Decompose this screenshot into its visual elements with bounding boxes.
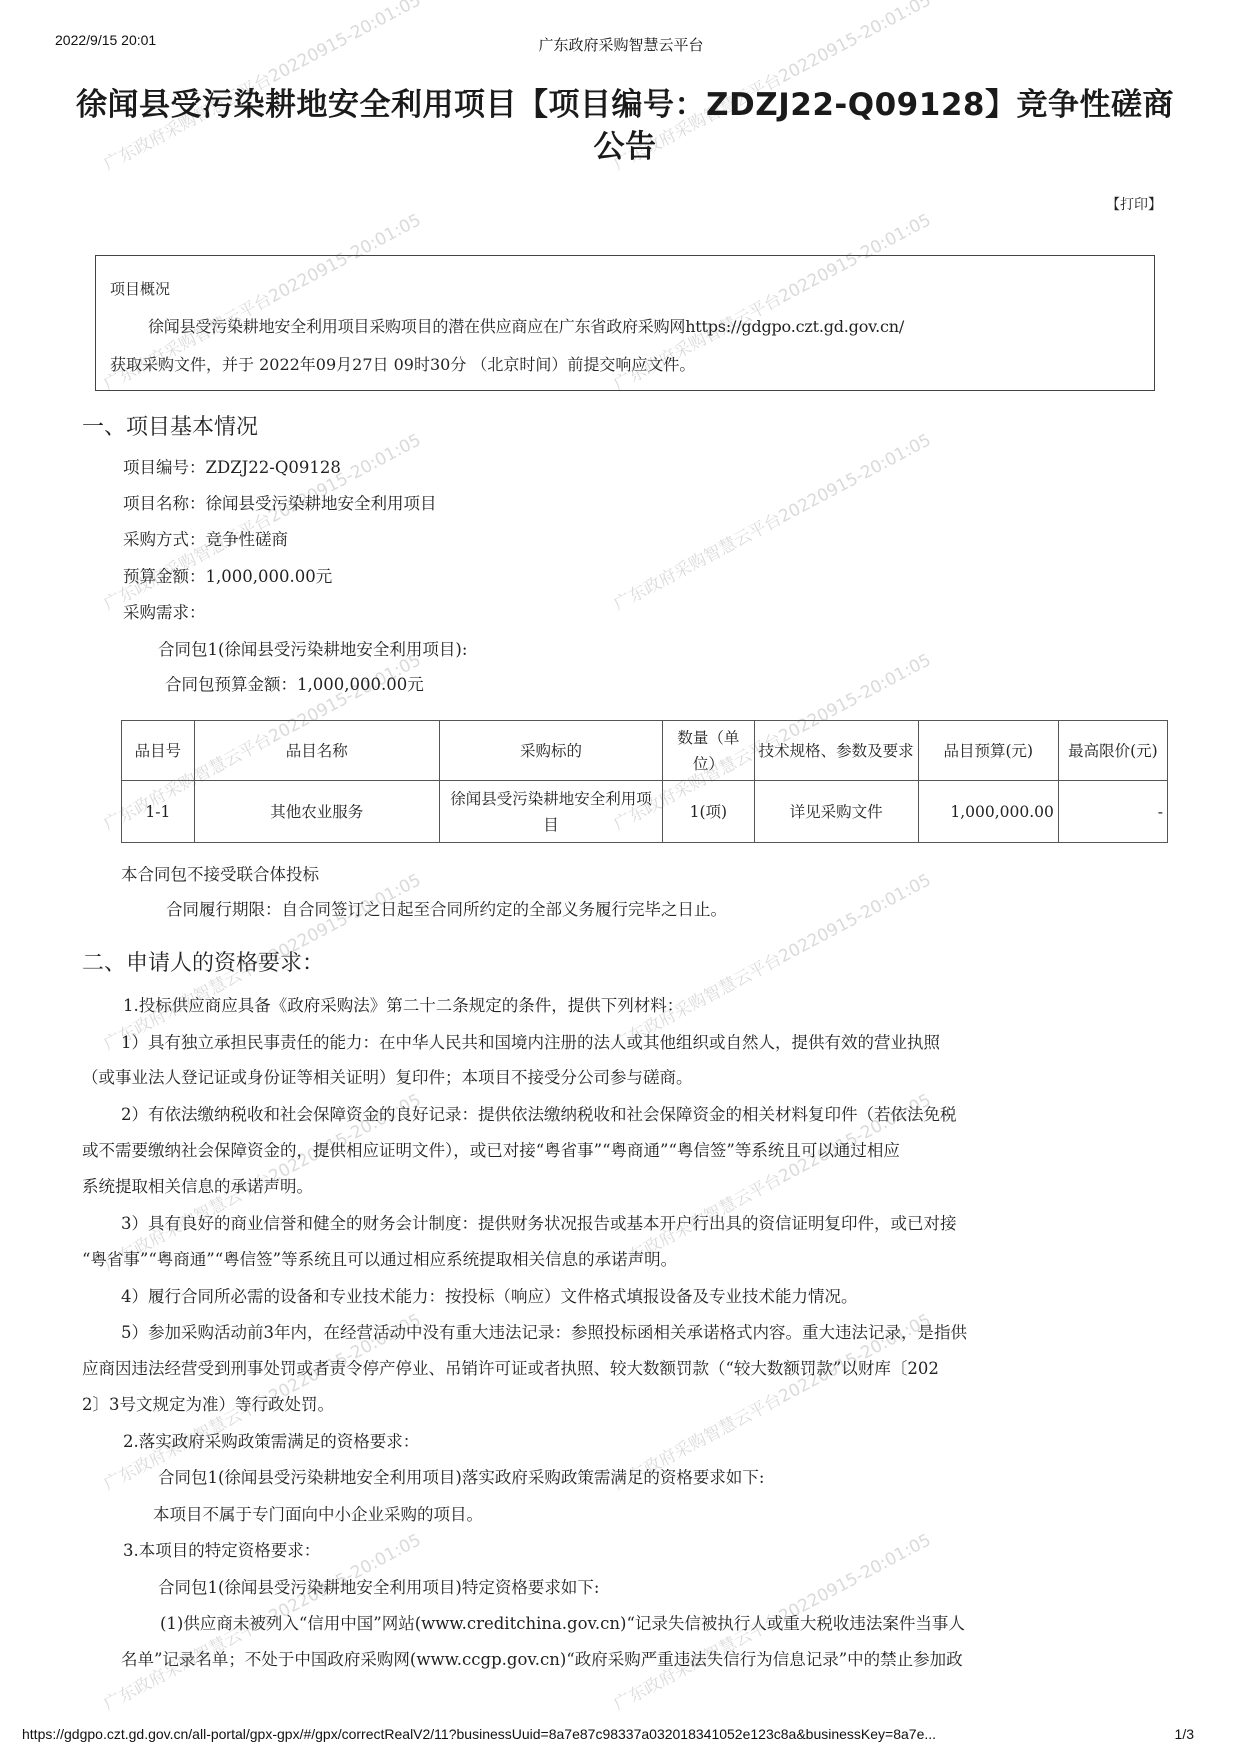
print-header: 2022/9/15 20:01 广东政府采购智慧云平台: [0, 28, 1242, 48]
requirement-text: 2）有依法缴纳税收和社会保障资金的良好记录：提供依法缴纳税收和社会保障资金的相关…: [121, 1101, 957, 1125]
qualification-item-heading: 1.投标供应商应具备《政府采购法》第二十二条规定的条件，提供下列材料：: [123, 992, 683, 1016]
package-specific-requirements: 合同包1(徐闻县受污染耕地安全利用项目)特定资格要求如下:: [158, 1574, 599, 1598]
cell-subject: 徐闻县受污染耕地安全利用项目: [439, 781, 662, 843]
page-number: 1/3: [1175, 1726, 1194, 1742]
requirement-text: 名单”记录名单；不处于中国政府采购网(www.ccgp.gov.cn)“政府采购…: [121, 1646, 963, 1670]
requirement-text: （或事业法人登记证或身份证等相关证明）复印件；本项目不接受分公司参与磋商。: [82, 1064, 693, 1088]
qualification-item-heading: 2.落实政府采购政策需满足的资格要求：: [123, 1428, 419, 1452]
requirement-text: 系统提取相关信息的承诺声明。: [82, 1173, 313, 1197]
watermark: 广东政府采购智慧云平台20220915-20:01:05: [608, 426, 934, 615]
col-header-subject: 采购标的: [439, 721, 662, 781]
project-name: 项目名称：徐闻县受污染耕地安全利用项目: [123, 490, 437, 514]
no-consortium-note: 本合同包不接受联合体投标: [121, 861, 319, 885]
requirement-text: 3）具有良好的商业信誉和健全的财务会计制度：提供财务状况报告或基本开户行出具的资…: [121, 1210, 957, 1234]
col-header-quantity: 数量（单位）: [663, 721, 754, 781]
requirement-text: 5）参加采购活动前3年内，在经营活动中没有重大违法记录：参照投标函相关承诺格式内…: [121, 1319, 967, 1343]
watermark: 广东政府采购智慧云平台20220915-20:01:05: [608, 866, 934, 1055]
print-button[interactable]: 【打印】: [1106, 194, 1162, 214]
col-header-max-price: 最高限价(元): [1058, 721, 1167, 781]
cell-max-price: -: [1058, 781, 1167, 843]
col-header-item-name: 品目名称: [194, 721, 439, 781]
page-url: https://gdgpo.czt.gd.gov.cn/all-portal/g…: [22, 1726, 936, 1742]
requirement-text: (1)供应商未被列入“信用中国”网站(www.creditchina.gov.c…: [160, 1610, 965, 1634]
print-site-name: 广东政府采购智慧云平台: [0, 34, 1242, 55]
requirement-text: 1）具有独立承担民事责任的能力：在中华人民共和国境内注册的法人或其他组织或自然人…: [121, 1029, 940, 1053]
cell-quantity: 1(项): [663, 781, 754, 843]
sme-note: 本项目不属于专门面向中小企业采购的项目。: [153, 1501, 483, 1525]
package-label: 合同包1(徐闻县受污染耕地安全利用项目):: [158, 636, 467, 660]
cell-item-no: 1-1: [122, 781, 195, 843]
col-header-item-budget: 品目预算(元): [918, 721, 1058, 781]
cell-item-budget: 1,000,000.00: [918, 781, 1058, 843]
project-overview-box: 项目概况 徐闻县受污染耕地安全利用项目采购项目的潜在供应商应在广东省政府采购网h…: [95, 255, 1155, 391]
overview-heading: 项目概况: [110, 278, 170, 299]
section-heading-qualifications: 二、申请人的资格要求：: [82, 946, 324, 977]
page-title: 徐闻县受污染耕地安全利用项目【项目编号：ZDZJ22-Q09128】竞争性磋商公…: [70, 84, 1180, 168]
requirement-text: “粤省事”“粤商通”“粤信签”等系统且可以通过相应系统提取相关信息的承诺声明。: [82, 1246, 677, 1270]
cell-specs: 详见采购文件: [754, 781, 918, 843]
overview-paragraph: 获取采购文件，并于 2022年09月27日 09时30分 （北京时间）前提交响应…: [110, 352, 695, 375]
package-budget: 合同包预算金额：1,000,000.00元: [165, 671, 424, 695]
overview-paragraph: 徐闻县受污染耕地安全利用项目采购项目的潜在供应商应在广东省政府采购网https:…: [110, 314, 1140, 337]
requirement-text: 2〕3号文规定为准）等行政处罚。: [82, 1391, 334, 1415]
col-header-specs: 技术规格、参数及要求: [754, 721, 918, 781]
section-heading-basic-info: 一、项目基本情况: [82, 410, 258, 441]
package-policy-requirements: 合同包1(徐闻县受污染耕地安全利用项目)落实政府采购政策需满足的资格要求如下:: [158, 1464, 764, 1488]
qualification-item-heading: 3.本项目的特定资格要求：: [123, 1537, 320, 1561]
requirements-label: 采购需求：: [123, 599, 206, 623]
performance-period: 合同履行期限：自合同签订之日起至合同所约定的全部义务履行完毕之日止。: [166, 896, 727, 920]
table-header-row: 品目号 品目名称 采购标的 数量（单位） 技术规格、参数及要求 品目预算(元) …: [122, 721, 1168, 781]
requirement-text: 或不需要缴纳社会保障资金的，提供相应证明文件），或已对接“粤省事”“粤商通”“粤…: [82, 1137, 900, 1161]
col-header-item-no: 品目号: [122, 721, 195, 781]
table-row: 1-1 其他农业服务 徐闻县受污染耕地安全利用项目 1(项) 详见采购文件 1,…: [122, 781, 1168, 843]
project-number: 项目编号：ZDZJ22-Q09128: [123, 454, 341, 478]
cell-item-name: 其他农业服务: [194, 781, 439, 843]
requirement-text: 应商因违法经营受到刑事处罚或者责令停产停业、吊销许可证或者执照、较大数额罚款（“…: [82, 1355, 939, 1379]
procurement-method: 采购方式：竞争性磋商: [123, 526, 288, 550]
items-table: 品目号 品目名称 采购标的 数量（单位） 技术规格、参数及要求 品目预算(元) …: [121, 720, 1168, 843]
requirement-text: 4）履行合同所必需的设备和专业技术能力：按投标（响应）文件格式填报设备及专业技术…: [121, 1283, 858, 1307]
budget-amount: 预算金额：1,000,000.00元: [123, 563, 332, 587]
